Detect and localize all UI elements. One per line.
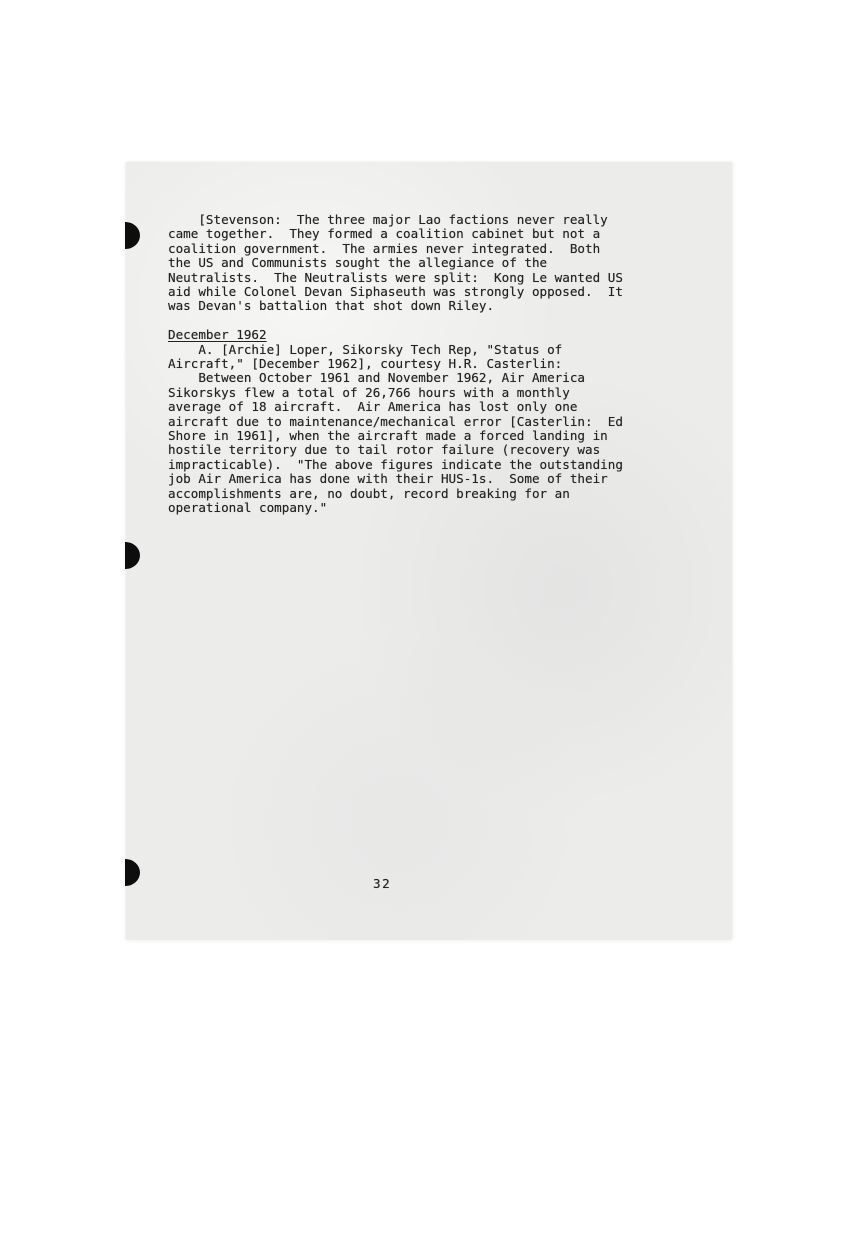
paragraph-stevenson-note: [Stevenson: The three major Lao factions… (168, 213, 658, 314)
section-heading: December 1962 (168, 328, 658, 342)
typewritten-text: [Stevenson: The three major Lao factions… (168, 213, 658, 516)
paragraph-air-america-body: Between October 1961 and November 1962, … (168, 371, 658, 515)
hole-punch-bottom (125, 859, 140, 886)
page-number: 32 (373, 877, 391, 891)
section-heading-text: December 1962 (168, 327, 267, 342)
hole-punch-top (125, 222, 140, 249)
paragraph-loper-citation: A. [Archie] Loper, Sikorsky Tech Rep, "S… (168, 343, 658, 372)
document-page: [Stevenson: The three major Lao factions… (126, 162, 732, 939)
hole-punch-middle (125, 542, 140, 569)
